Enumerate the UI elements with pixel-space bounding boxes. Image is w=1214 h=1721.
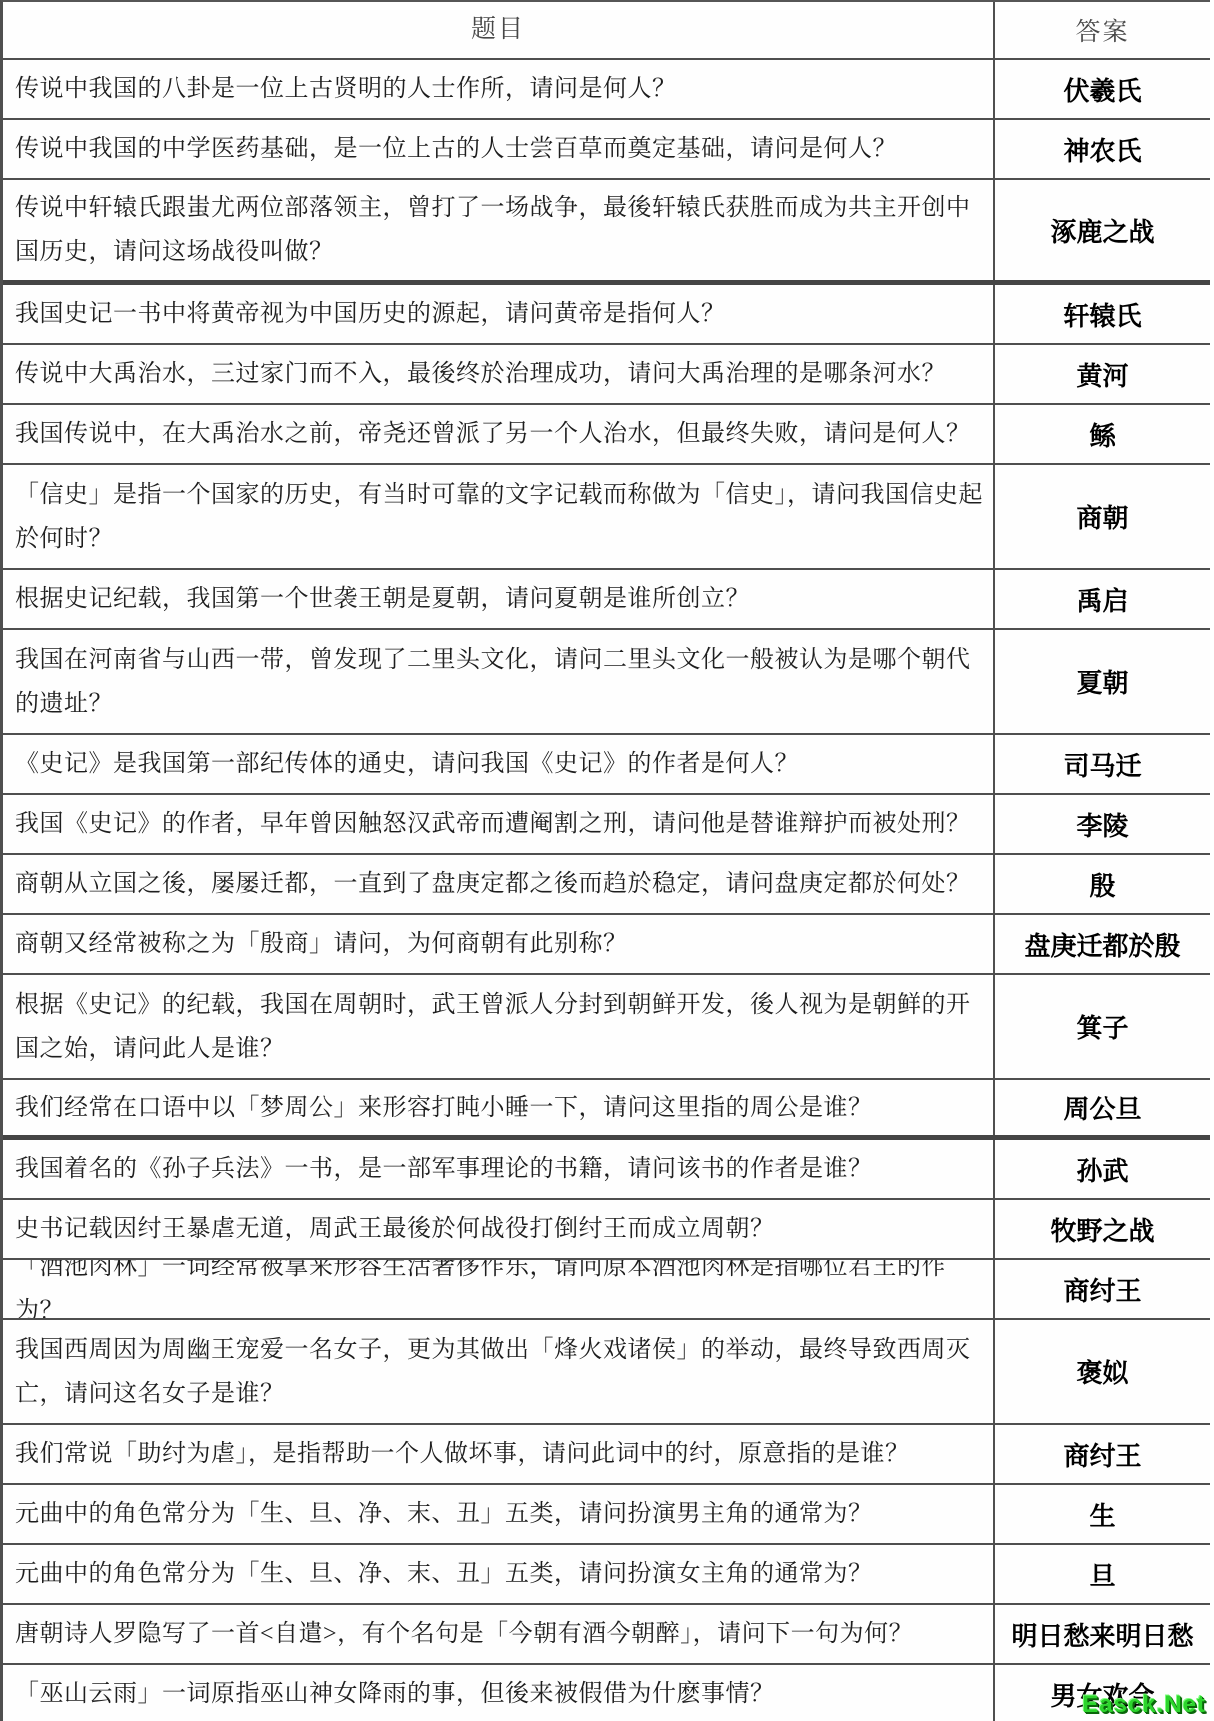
answer-cell: 牧野之战 [995, 1200, 1210, 1258]
table-row: 我国《史记》的作者，早年曾因触怒汉武帝而遭阉割之刑，请问他是替谁辩护而被处刑？ … [3, 795, 1210, 855]
table-row: 史书记载因纣王暴虐无道，周武王最後於何战役打倒纣王而成立周朝？ 牧野之战 [3, 1200, 1210, 1260]
answer-cell: 商朝 [995, 465, 1210, 568]
answer-cell: 伏羲氏 [995, 60, 1210, 118]
table-row: 我们常说「助纣为虐」，是指帮助一个人做坏事，请问此词中的纣，原意指的是谁？ 商纣… [3, 1425, 1210, 1485]
question-cell: 我们经常在口语中以「梦周公」来形容打盹小睡一下，请问这里指的周公是谁？ [3, 1080, 995, 1135]
answer-cell: 生 [995, 1485, 1210, 1543]
question-cell: 根据《史记》的纪载，我国在周朝时，武王曾派人分封到朝鲜开发，後人视为是朝鲜的开国… [3, 975, 995, 1078]
table-row: 商朝从立国之後，屡屡迁都，一直到了盘庚定都之後而趋於稳定，请问盘庚定都於何处？ … [3, 855, 1210, 915]
question-cell: 史书记载因纣王暴虐无道，周武王最後於何战役打倒纣王而成立周朝？ [3, 1200, 995, 1258]
table-row: 我国在河南省与山西一带，曾发现了二里头文化，请问二里头文化一般被认为是哪个朝代的… [3, 630, 1210, 735]
answer-cell: 孙武 [995, 1140, 1210, 1198]
answer-cell: 周公旦 [995, 1080, 1210, 1135]
table-row: 我国西周因为周幽王宠爱一名女子，更为其做出「烽火戏诸侯」的举动，最终导致西周灭亡… [3, 1320, 1210, 1425]
question-cell: 商朝又经常被称之为「殷商」请问，为何商朝有此别称？ [3, 915, 995, 973]
question-cell: 我国西周因为周幽王宠爱一名女子，更为其做出「烽火戏诸侯」的举动，最终导致西周灭亡… [3, 1320, 995, 1423]
table-header-row: 题目 答案 [3, 2, 1210, 60]
question-cell: 传说中我国的八卦是一位上古贤明的人士作所，请问是何人？ [3, 60, 995, 118]
watermark: Easck.Net [1082, 1691, 1206, 1719]
table-row: 元曲中的角色常分为「生、旦、净、末、丑」五类，请问扮演女主角的通常为？ 旦 [3, 1545, 1210, 1605]
column-header-answer: 答案 [995, 2, 1210, 58]
answer-cell: 李陵 [995, 795, 1210, 853]
table-row: 「巫山云雨」一词原指巫山神女降雨的事，但後来被假借为什麽事情？ 男女欢合 [3, 1665, 1210, 1721]
table-row: 「酒池肉林」一词经常被拿来形容生活奢侈作乐，请问原本酒池肉林是指哪位君王的作为？… [3, 1260, 1210, 1320]
question-cell: 我国着名的《孙子兵法》一书，是一部军事理论的书籍，请问该书的作者是谁？ [3, 1140, 995, 1198]
question-cell: 「信史」是指一个国家的历史，有当时可靠的文字记载而称做为「信史」，请问我国信史起… [3, 465, 995, 568]
answer-cell: 旦 [995, 1545, 1210, 1603]
table-row: 传说中大禹治水，三过家门而不入，最後终於治理成功，请问大禹治理的是哪条河水？ 黄… [3, 345, 1210, 405]
answer-cell: 黄河 [995, 345, 1210, 403]
table-row: 《史记》是我国第一部纪传体的通史，请问我国《史记》的作者是何人？ 司马迁 [3, 735, 1210, 795]
answer-cell: 司马迁 [995, 735, 1210, 793]
answer-cell: 箕子 [995, 975, 1210, 1078]
answer-cell: 鲧 [995, 405, 1210, 463]
answer-cell: 夏朝 [995, 630, 1210, 733]
table-body: 传说中我国的八卦是一位上古贤明的人士作所，请问是何人？ 伏羲氏 传说中我国的中学… [3, 60, 1210, 1721]
question-cell: 元曲中的角色常分为「生、旦、净、末、丑」五类，请问扮演女主角的通常为？ [3, 1545, 995, 1603]
table-row: 商朝又经常被称之为「殷商」请问，为何商朝有此别称？ 盘庚迁都於殷 [3, 915, 1210, 975]
question-cell: 「酒池肉林」一词经常被拿来形容生活奢侈作乐，请问原本酒池肉林是指哪位君王的作为？ [3, 1260, 995, 1318]
table-row: 我国传说中，在大禹治水之前，帝尧还曾派了另一个人治水，但最终失败，请问是何人？ … [3, 405, 1210, 465]
question-cell: 传说中大禹治水，三过家门而不入，最後终於治理成功，请问大禹治理的是哪条河水？ [3, 345, 995, 403]
question-cell: 唐朝诗人罗隐写了一首<自遣>，有个名句是「今朝有酒今朝醉」，请问下一句为何？ [3, 1605, 995, 1663]
question-cell: 《史记》是我国第一部纪传体的通史，请问我国《史记》的作者是何人？ [3, 735, 995, 793]
answer-cell: 商纣王 [995, 1260, 1210, 1318]
quiz-table: 题目 答案 传说中我国的八卦是一位上古贤明的人士作所，请问是何人？ 伏羲氏 传说… [0, 0, 1210, 1721]
table-row: 我国着名的《孙子兵法》一书，是一部军事理论的书籍，请问该书的作者是谁？ 孙武 [3, 1140, 1210, 1200]
table-row: 唐朝诗人罗隐写了一首<自遣>，有个名句是「今朝有酒今朝醉」，请问下一句为何？ 明… [3, 1605, 1210, 1665]
question-cell: 我国传说中，在大禹治水之前，帝尧还曾派了另一个人治水，但最终失败，请问是何人？ [3, 405, 995, 463]
table-row: 我们经常在口语中以「梦周公」来形容打盹小睡一下，请问这里指的周公是谁？ 周公旦 [3, 1080, 1210, 1140]
question-cell: 我国史记一书中将黄帝视为中国历史的源起，请问黄帝是指何人？ [3, 285, 995, 343]
answer-cell: 明日愁来明日愁 [995, 1605, 1210, 1663]
answer-cell: 褒姒 [995, 1320, 1210, 1423]
table-row: 传说中我国的中学医药基础，是一位上古的人士尝百草而奠定基础，请问是何人？ 神农氏 [3, 120, 1210, 180]
question-cell: 根据史记纪载，我国第一个世袭王朝是夏朝，请问夏朝是谁所创立？ [3, 570, 995, 628]
table-row: 我国史记一书中将黄帝视为中国历史的源起，请问黄帝是指何人？ 轩辕氏 [3, 285, 1210, 345]
question-cell: 我国在河南省与山西一带，曾发现了二里头文化，请问二里头文化一般被认为是哪个朝代的… [3, 630, 995, 733]
answer-cell: 殷 [995, 855, 1210, 913]
table-row: 根据史记纪载，我国第一个世袭王朝是夏朝，请问夏朝是谁所创立？ 禹启 [3, 570, 1210, 630]
question-cell: 传说中我国的中学医药基础，是一位上古的人士尝百草而奠定基础，请问是何人？ [3, 120, 995, 178]
answer-cell: 禹启 [995, 570, 1210, 628]
question-cell: 传说中轩辕氏跟蚩尤两位部落领主，曾打了一场战争，最後轩辕氏获胜而成为共主开创中国… [3, 180, 995, 280]
table-row: 根据《史记》的纪载，我国在周朝时，武王曾派人分封到朝鲜开发，後人视为是朝鲜的开国… [3, 975, 1210, 1080]
table-row: 元曲中的角色常分为「生、旦、净、末、丑」五类，请问扮演男主角的通常为？ 生 [3, 1485, 1210, 1545]
answer-cell: 轩辕氏 [995, 285, 1210, 343]
question-cell: 元曲中的角色常分为「生、旦、净、末、丑」五类，请问扮演男主角的通常为？ [3, 1485, 995, 1543]
question-cell: 商朝从立国之後，屡屡迁都，一直到了盘庚定都之後而趋於稳定，请问盘庚定都於何处？ [3, 855, 995, 913]
table-row: 「信史」是指一个国家的历史，有当时可靠的文字记载而称做为「信史」，请问我国信史起… [3, 465, 1210, 570]
answer-cell: 涿鹿之战 [995, 180, 1210, 280]
table-row: 传说中我国的八卦是一位上古贤明的人士作所，请问是何人？ 伏羲氏 [3, 60, 1210, 120]
question-cell: 「巫山云雨」一词原指巫山神女降雨的事，但後来被假借为什麽事情？ [3, 1665, 995, 1721]
answer-cell: 商纣王 [995, 1425, 1210, 1483]
answer-cell: 盘庚迁都於殷 [995, 915, 1210, 973]
answer-cell: 神农氏 [995, 120, 1210, 178]
table-row: 传说中轩辕氏跟蚩尤两位部落领主，曾打了一场战争，最後轩辕氏获胜而成为共主开创中国… [3, 180, 1210, 285]
question-cell: 我们常说「助纣为虐」，是指帮助一个人做坏事，请问此词中的纣，原意指的是谁？ [3, 1425, 995, 1483]
question-cell: 我国《史记》的作者，早年曾因触怒汉武帝而遭阉割之刑，请问他是替谁辩护而被处刑？ [3, 795, 995, 853]
column-header-question: 题目 [3, 2, 995, 58]
